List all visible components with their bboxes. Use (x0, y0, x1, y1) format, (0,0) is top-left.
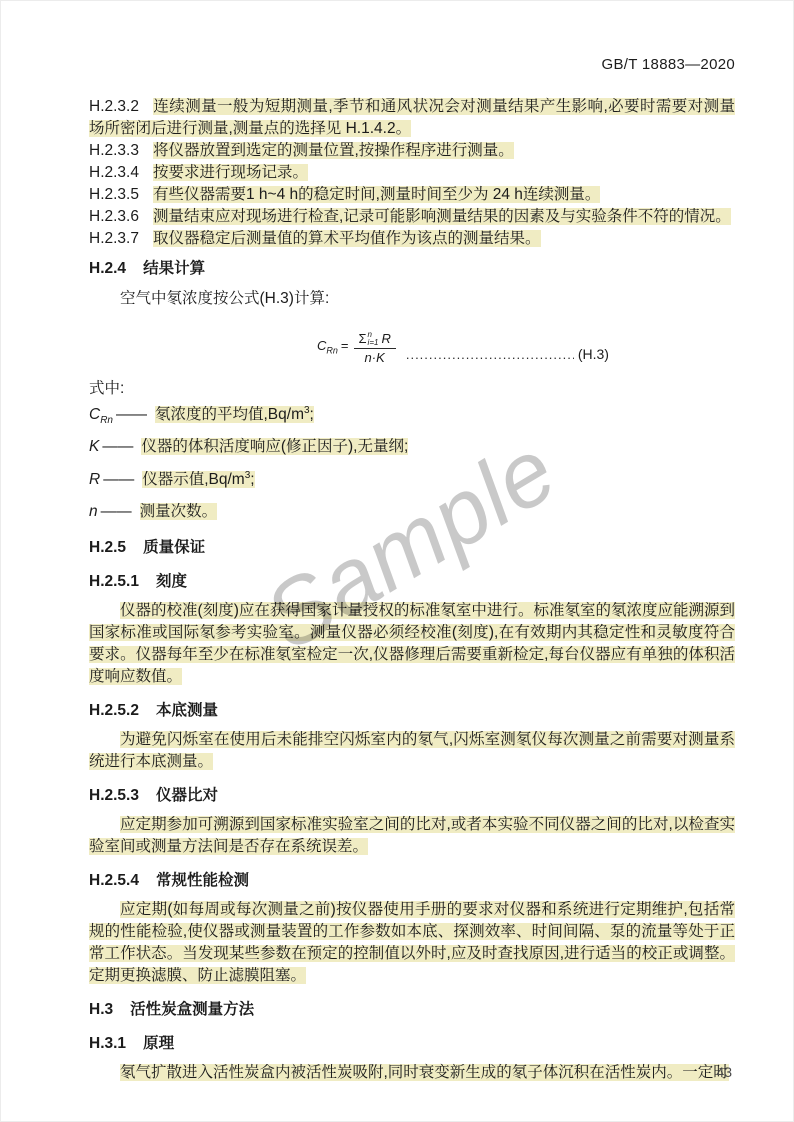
formula-variable-subscript: Rn (326, 345, 338, 355)
clause-number: H.2.3.6 (89, 208, 139, 225)
heading-h2-5: H.2.5质量保证 (89, 537, 735, 559)
clause-h2-3-4: H.2.3.4按要求进行现场记录。 (89, 162, 735, 184)
formula-fraction: Σni=1R n·K (354, 331, 396, 366)
definition-crn: CRn——氡浓度的平均值,Bq/m3; (89, 400, 735, 432)
heading-h3-1: H.3.1原理 (89, 1033, 735, 1055)
definition-tail: ; (250, 471, 254, 488)
definition-desc: 氡浓度的平均值,Bq/m (155, 406, 304, 423)
heading-number: H.2.5 (89, 539, 126, 556)
paragraph-text: 为避免闪烁室在使用后未能排空闪烁室内的氡气,闪烁室测氡仪每次测量之前需要对测量系… (89, 731, 735, 770)
formula-h3-equation: CRn= Σni=1R n·K ........................… (317, 320, 735, 376)
heading-number: H.2.4 (89, 260, 126, 277)
clause-number: H.2.3.7 (89, 230, 139, 247)
heading-title: 质量保证 (143, 539, 205, 556)
clause-number: H.2.3.3 (89, 142, 139, 159)
where-label: 式中: (89, 378, 735, 400)
definition-desc: 仪器的体积活度响应(修正因子),无量纲; (141, 438, 408, 455)
heading-title: 活性炭盒测量方法 (130, 1001, 254, 1018)
clause-number: H.2.3.5 (89, 186, 139, 203)
heading-number: H.2.5.1 (89, 573, 139, 590)
document-page: GB/T 18883—2020 H.2.3.2连续测量一般为短期测量,季节和通风… (0, 0, 794, 1122)
clause-text: 连续测量一般为短期测量,季节和通风状况会对测量结果产生影响,必要时需要对测量场所… (89, 98, 735, 137)
heading-number: H.2.5.4 (89, 872, 139, 889)
standard-number: GB/T 18883—2020 (602, 56, 735, 73)
definition-k: K——仪器的体积活度响应(修正因子),无量纲; (89, 432, 735, 464)
clause-h2-3-6: H.2.3.6测量结束应对现场进行检查,记录可能影响测量结果的因素及与实验条件不… (89, 206, 735, 228)
heading-h2-5-4: H.2.5.4常规性能检测 (89, 870, 735, 892)
equals-sign: = (341, 338, 349, 353)
definition-variable: CRn (89, 406, 113, 423)
clause-text: 取仪器稳定后测量值的算术平均值作为该点的测量结果。 (153, 230, 541, 247)
definition-text: 仪器的体积活度响应(修正因子),无量纲; (141, 438, 408, 455)
summation-symbol: Σ (359, 331, 367, 346)
summation-lower-limit: i=1 (368, 339, 379, 347)
formula-variable: C (317, 338, 326, 353)
dotted-leader: ........................................… (406, 344, 574, 366)
definition-dash: —— (102, 438, 133, 455)
paragraph-h3-1: 氡气扩散进入活性炭盒内被活性炭吸附,同时衰变新生成的氡子体沉积在活性炭内。一定时 (89, 1062, 735, 1084)
definition-text: 仪器示值,Bq/m3; (142, 471, 254, 488)
heading-h2-5-1: H.2.5.1刻度 (89, 571, 735, 593)
variable-symbol: C (89, 406, 100, 423)
definition-variable: n (89, 503, 98, 520)
clause-h2-3-2: H.2.3.2连续测量一般为短期测量,季节和通风状况会对测量结果产生影响,必要时… (89, 96, 735, 140)
heading-number: H.3 (89, 1001, 113, 1018)
paragraph-text: 氡气扩散进入活性炭盒内被活性炭吸附,同时衰变新生成的氡子体沉积在活性炭内。一定时 (120, 1064, 729, 1081)
paragraph-h2-5-2: 为避免闪烁室在使用后未能排空闪烁室内的氡气,闪烁室测氡仪每次测量之前需要对测量系… (89, 729, 735, 773)
paragraph-h2-5-3: 应定期参加可溯源到国家标准实验室之间的比对,或者本实验不同仪器之间的比对,以检查… (89, 814, 735, 858)
definition-dash: —— (101, 503, 132, 520)
fraction-numerator: Σni=1R (354, 331, 396, 350)
paragraph-text: 应定期参加可溯源到国家标准实验室之间的比对,或者本实验不同仪器之间的比对,以检查… (89, 816, 735, 855)
definition-text: 测量次数。 (140, 503, 218, 520)
variable-symbol: R (89, 471, 100, 488)
heading-title: 仪器比对 (156, 787, 218, 804)
clause-text: 将仪器放置到选定的测量位置,按操作程序进行测量。 (153, 142, 514, 159)
heading-title: 原理 (143, 1035, 174, 1052)
clause-text: 测量结束应对现场进行检查,记录可能影响测量结果的因素及与实验条件不符的情况。 (153, 208, 731, 225)
heading-title: 本底测量 (156, 702, 218, 719)
definition-desc: 仪器示值,Bq/m (142, 471, 244, 488)
heading-number: H.2.5.2 (89, 702, 139, 719)
definition-n: n——测量次数。 (89, 497, 735, 529)
heading-h3: H.3活性炭盒测量方法 (89, 999, 735, 1021)
definition-variable: R (89, 471, 100, 488)
heading-number: H.2.5.3 (89, 787, 139, 804)
definition-desc: 测量次数。 (140, 503, 218, 520)
paragraph-text: 仪器的校准(刻度)应在获得国家计量授权的标准氡室中进行。标准氡室的氡浓度应能溯源… (89, 602, 735, 685)
paragraph-text: 应定期(如每周或每次测量之前)按仪器使用手册的要求对仪器和系统进行定期维护,包括… (89, 901, 735, 984)
heading-h2-5-2: H.2.5.2本底测量 (89, 700, 735, 722)
definition-tail: ; (310, 406, 314, 423)
formula-label: (H.3) (578, 343, 609, 365)
definition-text: 氡浓度的平均值,Bq/m3; (155, 406, 314, 423)
heading-number: H.3.1 (89, 1035, 126, 1052)
definition-r: R——仪器示值,Bq/m3; (89, 465, 735, 497)
clause-text: 按要求进行现场记录。 (153, 164, 308, 181)
clause-h2-3-3: H.2.3.3将仪器放置到选定的测量位置,按操作程序进行测量。 (89, 140, 735, 162)
heading-h2-4: H.2.4结果计算 (89, 258, 735, 280)
heading-title: 结果计算 (143, 260, 205, 277)
definition-dash: —— (103, 471, 134, 488)
formula-lhs: CRn= (317, 335, 354, 362)
heading-h2-5-3: H.2.5.3仪器比对 (89, 785, 735, 807)
clause-number: H.2.3.2 (89, 98, 139, 115)
paragraph-h2-5-1: 仪器的校准(刻度)应在获得国家计量授权的标准氡室中进行。标准氡室的氡浓度应能溯源… (89, 600, 735, 688)
summation-limits: ni=1 (368, 331, 379, 347)
heading-title: 常规性能检测 (156, 872, 249, 889)
clause-h2-3-5: H.2.3.5有些仪器需要1 h~4 h的稳定时间,测量时间至少为 24 h连续… (89, 184, 735, 206)
page-content: H.2.3.2连续测量一般为短期测量,季节和通风状况会对测量结果产生影响,必要时… (89, 96, 735, 1084)
heading-title: 刻度 (156, 573, 187, 590)
clause-text: 有些仪器需要1 h~4 h的稳定时间,测量时间至少为 24 h连续测量。 (153, 186, 600, 203)
formula-intro: 空气中氡浓度按公式(H.3)计算: (89, 288, 735, 310)
definition-dash: —— (116, 406, 147, 423)
clause-number: H.2.3.4 (89, 164, 139, 181)
page-number: 43 (716, 1064, 732, 1080)
clause-h2-3-7: H.2.3.7取仪器稳定后测量值的算术平均值作为该点的测量结果。 (89, 228, 735, 250)
definition-variable: K (89, 438, 99, 455)
summation-term: R (381, 331, 390, 346)
paragraph-h2-5-4: 应定期(如每周或每次测量之前)按仪器使用手册的要求对仪器和系统进行定期维护,包括… (89, 899, 735, 987)
fraction-denominator: n·K (365, 349, 385, 365)
variable-symbol: K (89, 438, 99, 455)
variable-symbol: n (89, 503, 98, 520)
variable-subscript: Rn (100, 415, 113, 426)
